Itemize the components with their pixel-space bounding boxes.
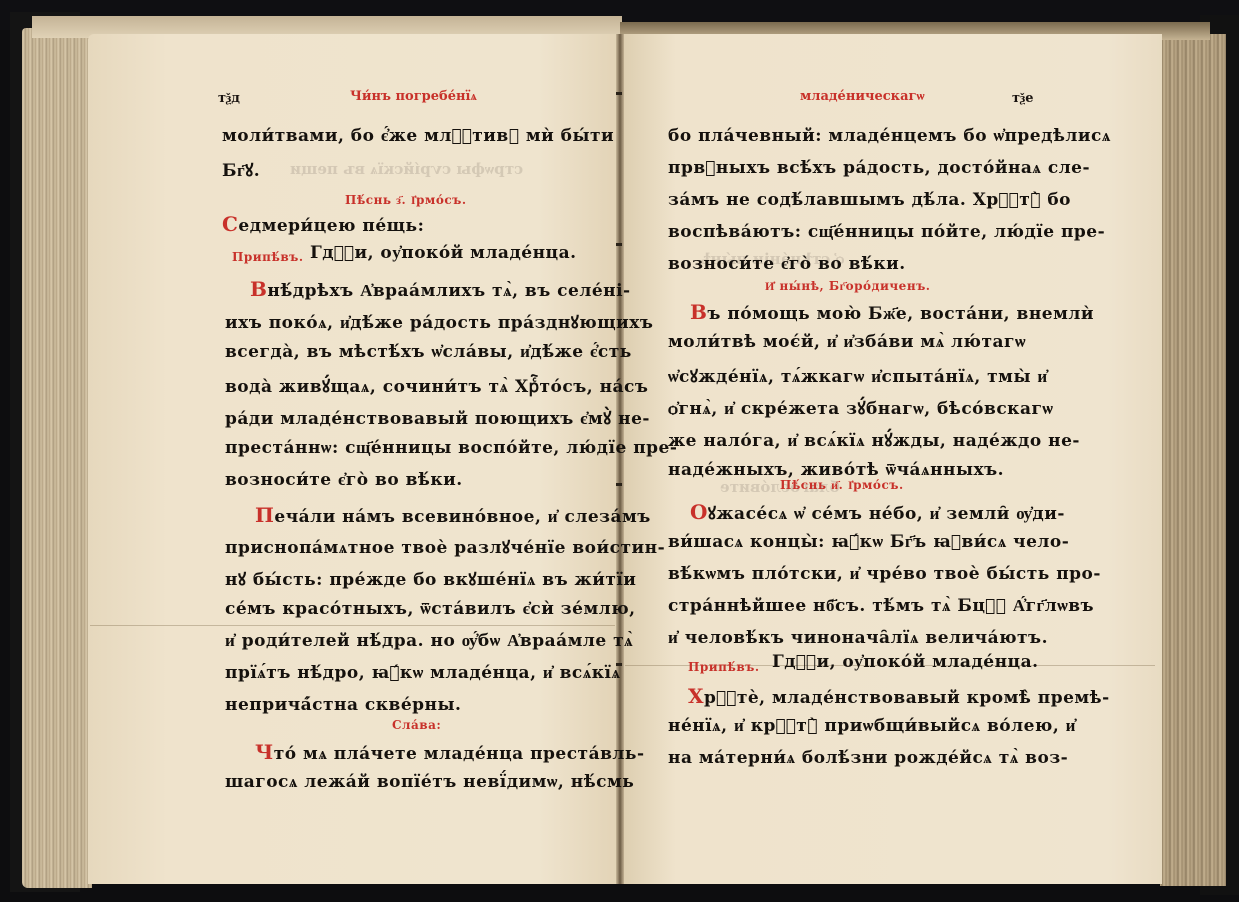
text-line: возноси́те є҆го̀ во вѣ́ки. [668, 254, 906, 274]
text-line: ѡ҆сꙋжде́нїѧ, тѧ́жкагѡ и҆спыта́нїѧ, тмы̀ … [668, 364, 1048, 387]
text-line: и҆ роди́телей нѣ́дра. но ѹ҆́бѡ А҆враа́мл… [225, 631, 633, 651]
text-line: Гдⷭ҇и, оу҆поко́й младе́нца. [772, 652, 1039, 672]
rubric-initial: О [690, 500, 708, 524]
text-line: воспѣва́ютъ: сщ҃е́нницы по́йте, лю́дїе п… [668, 222, 1105, 242]
bleed-through-text: стрѡфы сѵрі́йскїѧ въ пещи [290, 160, 523, 179]
text: нѣ́дрѣхъ А҆враа́млихъ тѧ̀, въ селе́ні- [267, 281, 630, 301]
rubric-initial: С [222, 212, 238, 236]
text-line: стра́ннѣйшее нб҃съ. тѣ́мъ тѧ̀ Бцⷣꙋ А҆́гг… [668, 596, 1094, 616]
rubric-initial: В [250, 277, 267, 301]
rubric-initial: Х [688, 684, 704, 708]
page-edges-left [22, 28, 92, 888]
text-line: на ма́терни́ѧ болѣ́зни рожде́йсѧ тѧ̀ воз… [668, 748, 1068, 768]
text-line: се́мъ красо́тныхъ, ѿста́вилъ є҆сѝ зе́млю… [225, 599, 636, 619]
text-line: непричá́стна скве́рны. [225, 695, 461, 715]
text: рⷭ҇тѐ, младе́нствовавый кромѣ̀ премѣ- [704, 688, 1110, 708]
right-running-head: младе́ническагѡ [800, 88, 925, 104]
text-line-with-initial: Печáли нáмъ всевинóвное, и҆ слеза́мъ [255, 503, 651, 527]
binding-stitch [616, 92, 622, 95]
text-line-with-initial: Хрⷭ҇тѐ, младе́нствовавый кромѣ̀ премѣ- [688, 684, 1110, 708]
left-page-folio: тѯд [218, 90, 240, 106]
text-line: моли́твами, бо є҆́же млⷭ҇тивꙋ мѝ бы́ти [222, 126, 614, 146]
text-line: вѣ́кѡмъ пло́тски, и҆ чре́во твоѐ бы́сть … [668, 564, 1101, 584]
text-line: нꙋ бы́сть: пре́жде бо вкꙋше́нїѧ въ жи́тї… [225, 567, 636, 590]
text-line: вода̀ живꙋ́щаѧ, сочини́тъ тѧ̀ Хрⷭ҇то́съ,… [225, 374, 648, 397]
text-line-with-initial: Внѣ́дрѣхъ А҆враа́млихъ тѧ̀, въ селе́ні- [250, 277, 631, 301]
text-line: шагосѧ лежа́й вопїе́тъ невї́димѡ, нѣ́смь [225, 772, 634, 792]
text-line: за́мъ не содѣ́лавшымъ дѣ́ла. Хрⷭ҇тꙋ̀ бо [668, 190, 1071, 210]
refrain-label: Припѣ́въ. [232, 250, 304, 264]
rubric-initial: П [255, 503, 274, 527]
text-line: преста́ннѡ: сщ҃е́нницы воспо́йте, лю́дїе… [225, 438, 677, 458]
text-line: Гдⷭ҇и, оу҆поко́й младе́нца. [310, 243, 577, 263]
text-line: прїѧ́тъ нѣ́дро, ꙗ҆́кѡ младе́нца, и҆ всѧ́… [225, 663, 621, 683]
text-line-with-initial: Оꙋжасе́сѧ ѡ҆ се́мъ не́бо, и҆ земли̑ ѹ҆ди… [690, 500, 1065, 524]
text-line: првⷣныхъ всѣ́хъ ра́дость, досто́йнаѧ сле… [668, 158, 1090, 178]
rubric-initial: Ч [255, 740, 274, 764]
text-line: моли́твѣ моє́й, и҆ и҆зба́ви мѧ̀ лю́тагѡ [668, 332, 1026, 352]
text-line: бо пла́чевный: младе́нцемъ бо ѡ҆предѣлис… [668, 126, 1111, 146]
text-line: ѻ҆гнѧ̀, и҆ скре́жета зꙋ́бнагѡ, бѣсо́вска… [668, 396, 1053, 419]
text: едмери́цею пе́щь: [238, 216, 424, 236]
text-line: же нало́га, и҆ всѧ́кїѧ нꙋ́жды, наде́ждо … [668, 428, 1080, 451]
section-heading-theotokion: И҆ ны́нѣ, Бг҃оро́диченъ. [765, 279, 930, 294]
refrain-label: Припѣ́въ. [688, 660, 760, 674]
text: ечáли нáмъ всевинóвное, и҆ слеза́мъ [274, 507, 650, 527]
text-line: наде́жныхъ, живо́тѣ ѿча́ѧнныхъ. [668, 460, 1004, 480]
text-line: Бг҃ꙋ. [222, 158, 260, 181]
text-line: не́нїѧ, и҆ крⷭ҇тꙋ̀ приѡбщи́выйсѧ во́лею,… [668, 716, 1076, 736]
section-heading-slava: Сла́ва: [392, 718, 441, 732]
left-running-head: Чи́нъ погребе́нїѧ [350, 88, 477, 104]
right-page-folio: тѯе [1012, 90, 1034, 106]
section-heading-irmos: Пѣ́снь з҃. І҆рмо́съ. [345, 193, 467, 208]
paper-fold-line [90, 625, 615, 626]
binding-stitch [616, 243, 622, 246]
text-line: и҆ человѣ́къ чинонача̑лїѧ велича́ютъ. [668, 628, 1048, 648]
open-book: стрѡфы сѵрі́йскїѧ въ пещи ѻ҆ стѣна́ніи н… [0, 0, 1239, 902]
text-line: ра́ди младе́нствовавый поющихъ є҆мꙋ̀ не- [225, 406, 650, 429]
text-line: ви́шасѧ концы̀: ꙗ҆́кѡ Бг҃ъ ꙗ҆ви́сѧ чело- [668, 532, 1069, 552]
section-heading-irmos: Пѣ́снь и҃. І҆рмо́съ. [780, 478, 904, 493]
text-line: возноси́те є҆го̀ во вѣ́ки. [225, 470, 463, 490]
binding-stitch [616, 483, 622, 486]
rubric-initial: В [690, 300, 707, 324]
text: ъ по́мощь мою̀ Бж҃е, воста́ни, внемлѝ [707, 304, 1094, 324]
text-line: всегда̀, въ мѣстѣ́хъ ѡ҆сла́вы, и҆дѣ́же є… [225, 342, 632, 362]
text: то́ мѧ пла́чете младе́нца преста́вль- [274, 744, 645, 764]
text-line-with-initial: Что́ мѧ пла́чете младе́нца преста́вль- [255, 740, 645, 764]
text-line-with-initial: Въ по́мощь мою̀ Бж҃е, воста́ни, внемлѝ [690, 300, 1094, 324]
text-line: приснопа́мѧтное твоѐ разлꙋче́нїе вои́сти… [225, 535, 665, 558]
page-edges-right [1160, 34, 1226, 886]
text: ꙋжасе́сѧ ѡ҆ се́мъ не́бо, и҆ земли̑ ѹ҆ди- [708, 504, 1065, 524]
text-line: ихъ поко́ѧ, и҆дѣ́же ра́дость пра́зднꙋющи… [225, 310, 653, 333]
text-line-with-initial: ССедмери́цею пе́щь:едмери́цею пе́щь: [222, 212, 424, 236]
